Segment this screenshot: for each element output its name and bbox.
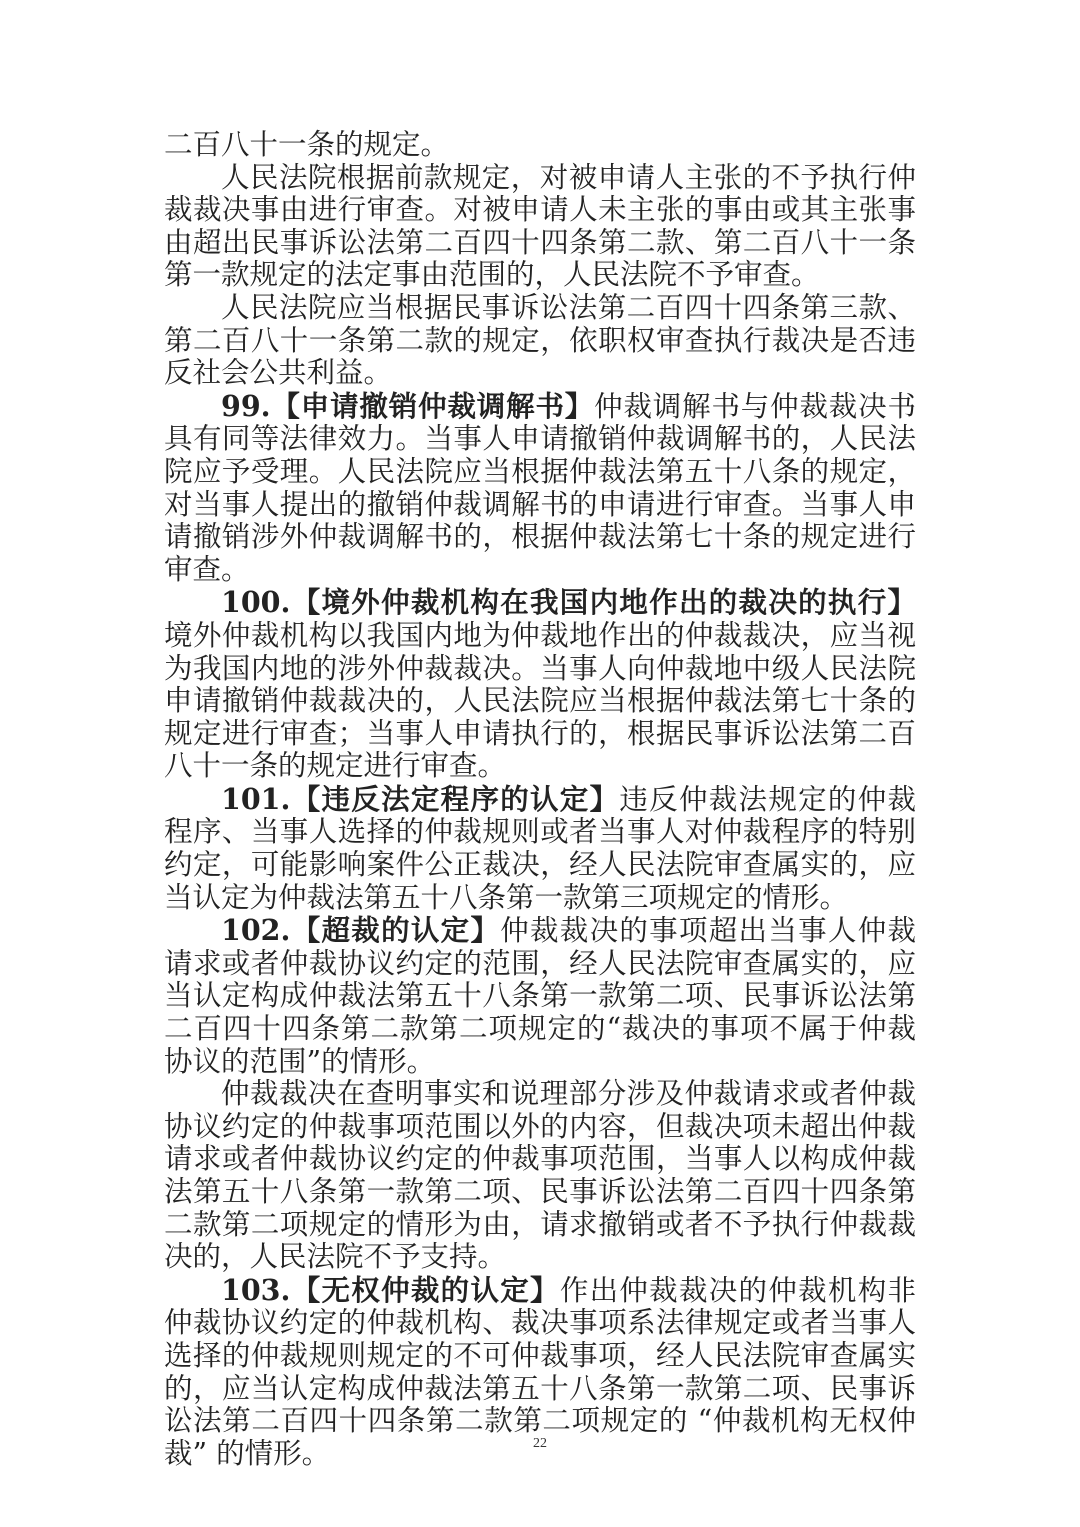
article-99: 99.【申请撤销仲裁调解书】仲裁调解书与仲裁裁决书具有同等法律效力。当事人申请撤… (164, 390, 916, 587)
document-body: 二百八十一条的规定。 人民法院根据前款规定，对被申请人主张的不予执行仲裁裁决事由… (164, 129, 916, 1470)
paragraph: 人民法院根据前款规定，对被申请人主张的不予执行仲裁裁决事由进行审查。对被申请人未… (164, 162, 916, 292)
article-heading: 【境外仲裁机构在我国内地作出的裁决的执行】 (290, 585, 916, 619)
article-number: 103. (221, 1273, 290, 1307)
paragraph-continuation: 二百八十一条的规定。 (164, 129, 916, 162)
article-102: 102.【超裁的认定】仲裁裁决的事项超出当事人仲裁请求或者仲裁协议约定的范围，经… (164, 914, 916, 1078)
article-number: 102. (221, 913, 290, 947)
article-heading: 【申请撤销仲裁调解书】 (271, 389, 595, 423)
article-heading: 【违反法定程序的认定】 (290, 782, 619, 816)
article-number: 99. (221, 389, 271, 423)
paragraph-text: 人民法院应当根据民事诉讼法第二百四十四条第三款、第二百八十一条第二款的规定，依职… (164, 291, 916, 389)
article-heading: 【超裁的认定】 (290, 913, 500, 947)
paragraph-text: 仲裁裁决在查明事实和说理部分涉及仲裁请求或者仲裁协议约定的仲裁事项范围以外的内容… (164, 1077, 916, 1273)
article-number: 101. (221, 782, 290, 816)
article-text: 境外仲裁机构以我国内地为仲裁地作出的仲裁裁决，应当视为我国内地的涉外仲裁裁决。当… (164, 619, 916, 782)
article-number: 100. (221, 585, 290, 619)
paragraph-text: 人民法院根据前款规定，对被申请人主张的不予执行仲裁裁决事由进行审查。对被申请人未… (164, 161, 916, 292)
paragraph-text: 二百八十一条的规定。 (164, 128, 449, 161)
article-100: 100.【境外仲裁机构在我国内地作出的裁决的执行】境外仲裁机构以我国内地为仲裁地… (164, 586, 916, 783)
paragraph: 人民法院应当根据民事诉讼法第二百四十四条第三款、第二百八十一条第二款的规定，依职… (164, 292, 916, 390)
article-heading: 【无权仲裁的认定】 (290, 1273, 559, 1307)
paragraph: 仲裁裁决在查明事实和说理部分涉及仲裁请求或者仲裁协议约定的仲裁事项范围以外的内容… (164, 1078, 916, 1274)
article-101: 101.【违反法定程序的认定】违反仲裁法规定的仲裁程序、当事人选择的仲裁规则或者… (164, 783, 916, 914)
page-number: 22 (0, 1436, 1080, 1452)
